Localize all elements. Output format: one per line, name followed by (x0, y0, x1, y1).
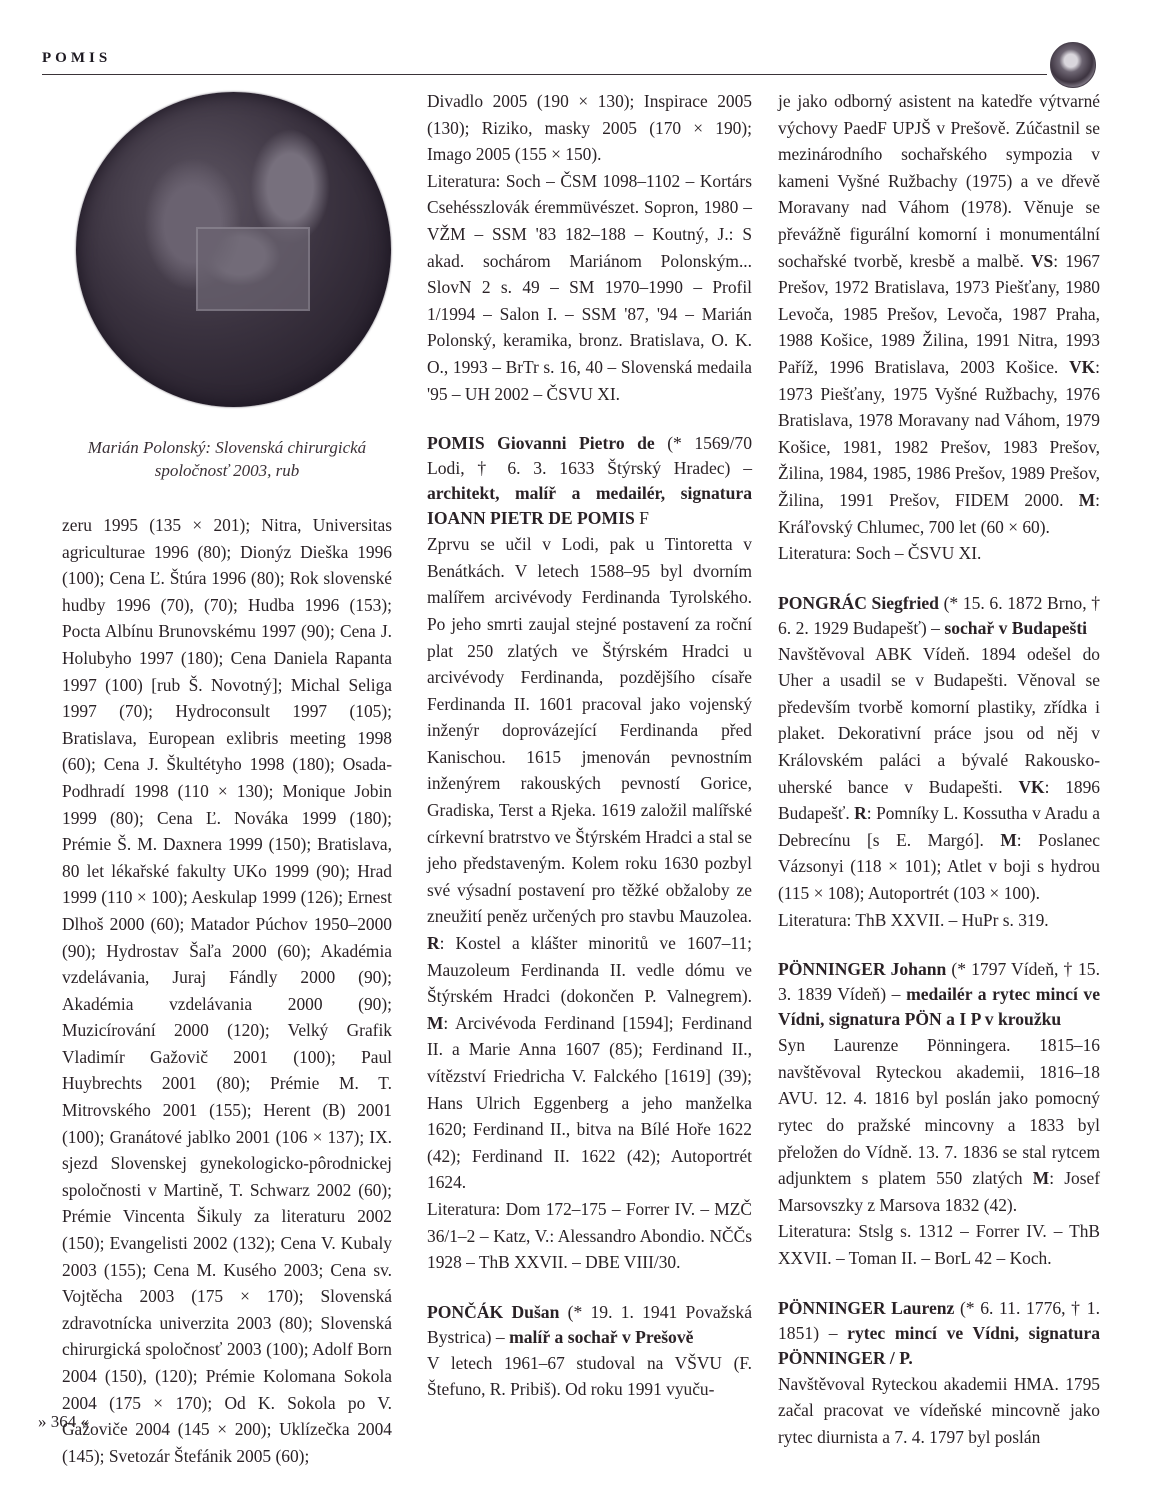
page-number: » 364 « (38, 1412, 89, 1432)
headword: PÖNNINGER Laurenz (778, 1298, 954, 1318)
literature-text: Literatura: Soch – ČSVU XI. (778, 540, 1100, 567)
header-rule (42, 74, 1047, 75)
literature-text: Literatura: Dom 172–175 – Forrer IV. – M… (427, 1196, 752, 1276)
publisher-medallion-logo-icon (1050, 42, 1096, 88)
left-column: Marián Polonský: Slovenská chirurgická s… (62, 88, 392, 1469)
entry-continuation-text: Divadlo 2005 (190 × 130); Inspirace 2005… (427, 88, 752, 168)
headword: PONČÁK Dušan (427, 1302, 559, 1322)
middle-column: Divadlo 2005 (190 × 130); Inspirace 2005… (427, 88, 752, 1403)
entry-body: Navštěvoval Ryteckou akademii HMA. 1795 … (778, 1371, 1100, 1451)
literature-text: Literatura: Soch – ČSM 1098–1102 – Kortá… (427, 168, 752, 407)
entry-heading: PONGRÁC Siegfried (* 15. 6. 1872 Brno, †… (778, 591, 1100, 641)
entry-heading: PÖNNINGER Johann (* 1797 Vídeň, † 15. 3.… (778, 957, 1100, 1032)
entry-continuation-text: zeru 1995 (135 × 201); Nitra, Universita… (62, 512, 392, 1469)
entry-heading: POMIS Giovanni Pietro de (* 1569/70 Lodi… (427, 431, 752, 531)
medal-image (76, 92, 391, 407)
entry-heading: PONČÁK Dušan (* 19. 1. 1941 Považská Bys… (427, 1300, 752, 1350)
dictionary-entry-poncak: PONČÁK Dušan (* 19. 1. 1941 Považská Bys… (427, 1300, 752, 1403)
figure-caption: Marián Polonský: Slovenská chirurgická s… (62, 436, 392, 482)
entry-continuation-text: je jako odborný asistent na katedře výtv… (778, 88, 1100, 540)
entry-heading: PÖNNINGER Laurenz (* 6. 11. 1776, † 1. 1… (778, 1296, 1100, 1371)
entry-body: Zprvu se učil v Lodi, pak u Tintoretta v… (427, 531, 752, 1196)
role: sochař v Budapešti (944, 618, 1087, 638)
running-head: POMIS (42, 50, 111, 67)
dictionary-entry-ponninger-laurenz: PÖNNINGER Laurenz (* 6. 11. 1776, † 1. 1… (778, 1296, 1100, 1451)
headword: PÖNNINGER Johann (778, 959, 946, 979)
caption-line-2: spoločnosť 2003, rub (62, 459, 392, 482)
medal-figure (62, 88, 392, 418)
role: architekt, malíř a medailér, signatura I… (427, 483, 752, 528)
literature-text: Literatura: ThB XXVII. – HuPr s. 319. (778, 907, 1100, 934)
dictionary-entry-ponninger-johann: PÖNNINGER Johann (* 1797 Vídeň, † 15. 3.… (778, 957, 1100, 1271)
right-column: je jako odborný asistent na katedře výtv… (778, 88, 1100, 1450)
medal-relief-panel (196, 227, 310, 311)
dictionary-entry-pomis: POMIS Giovanni Pietro de (* 1569/70 Lodi… (427, 431, 752, 1276)
role: malíř a sochař v Prešově (509, 1327, 693, 1347)
headword: POMIS Giovanni Pietro de (427, 433, 655, 453)
caption-line-1: Marián Polonský: Slovenská chirurgická (62, 436, 392, 459)
dictionary-entry-pongrac: PONGRÁC Siegfried (* 15. 6. 1872 Brno, †… (778, 591, 1100, 934)
entry-body: Navštěvoval ABK Vídeň. 1894 odešel do Uh… (778, 641, 1100, 907)
entry-body: V letech 1961–67 studoval na VŠVU (F. Št… (427, 1350, 752, 1403)
literature-text: Literatura: Stslg s. 1312 – Forrer IV. –… (778, 1218, 1100, 1271)
headword: PONGRÁC Siegfried (778, 593, 939, 613)
entry-body: Syn Laurenze Pönningera. 1815–16 navštěv… (778, 1032, 1100, 1218)
